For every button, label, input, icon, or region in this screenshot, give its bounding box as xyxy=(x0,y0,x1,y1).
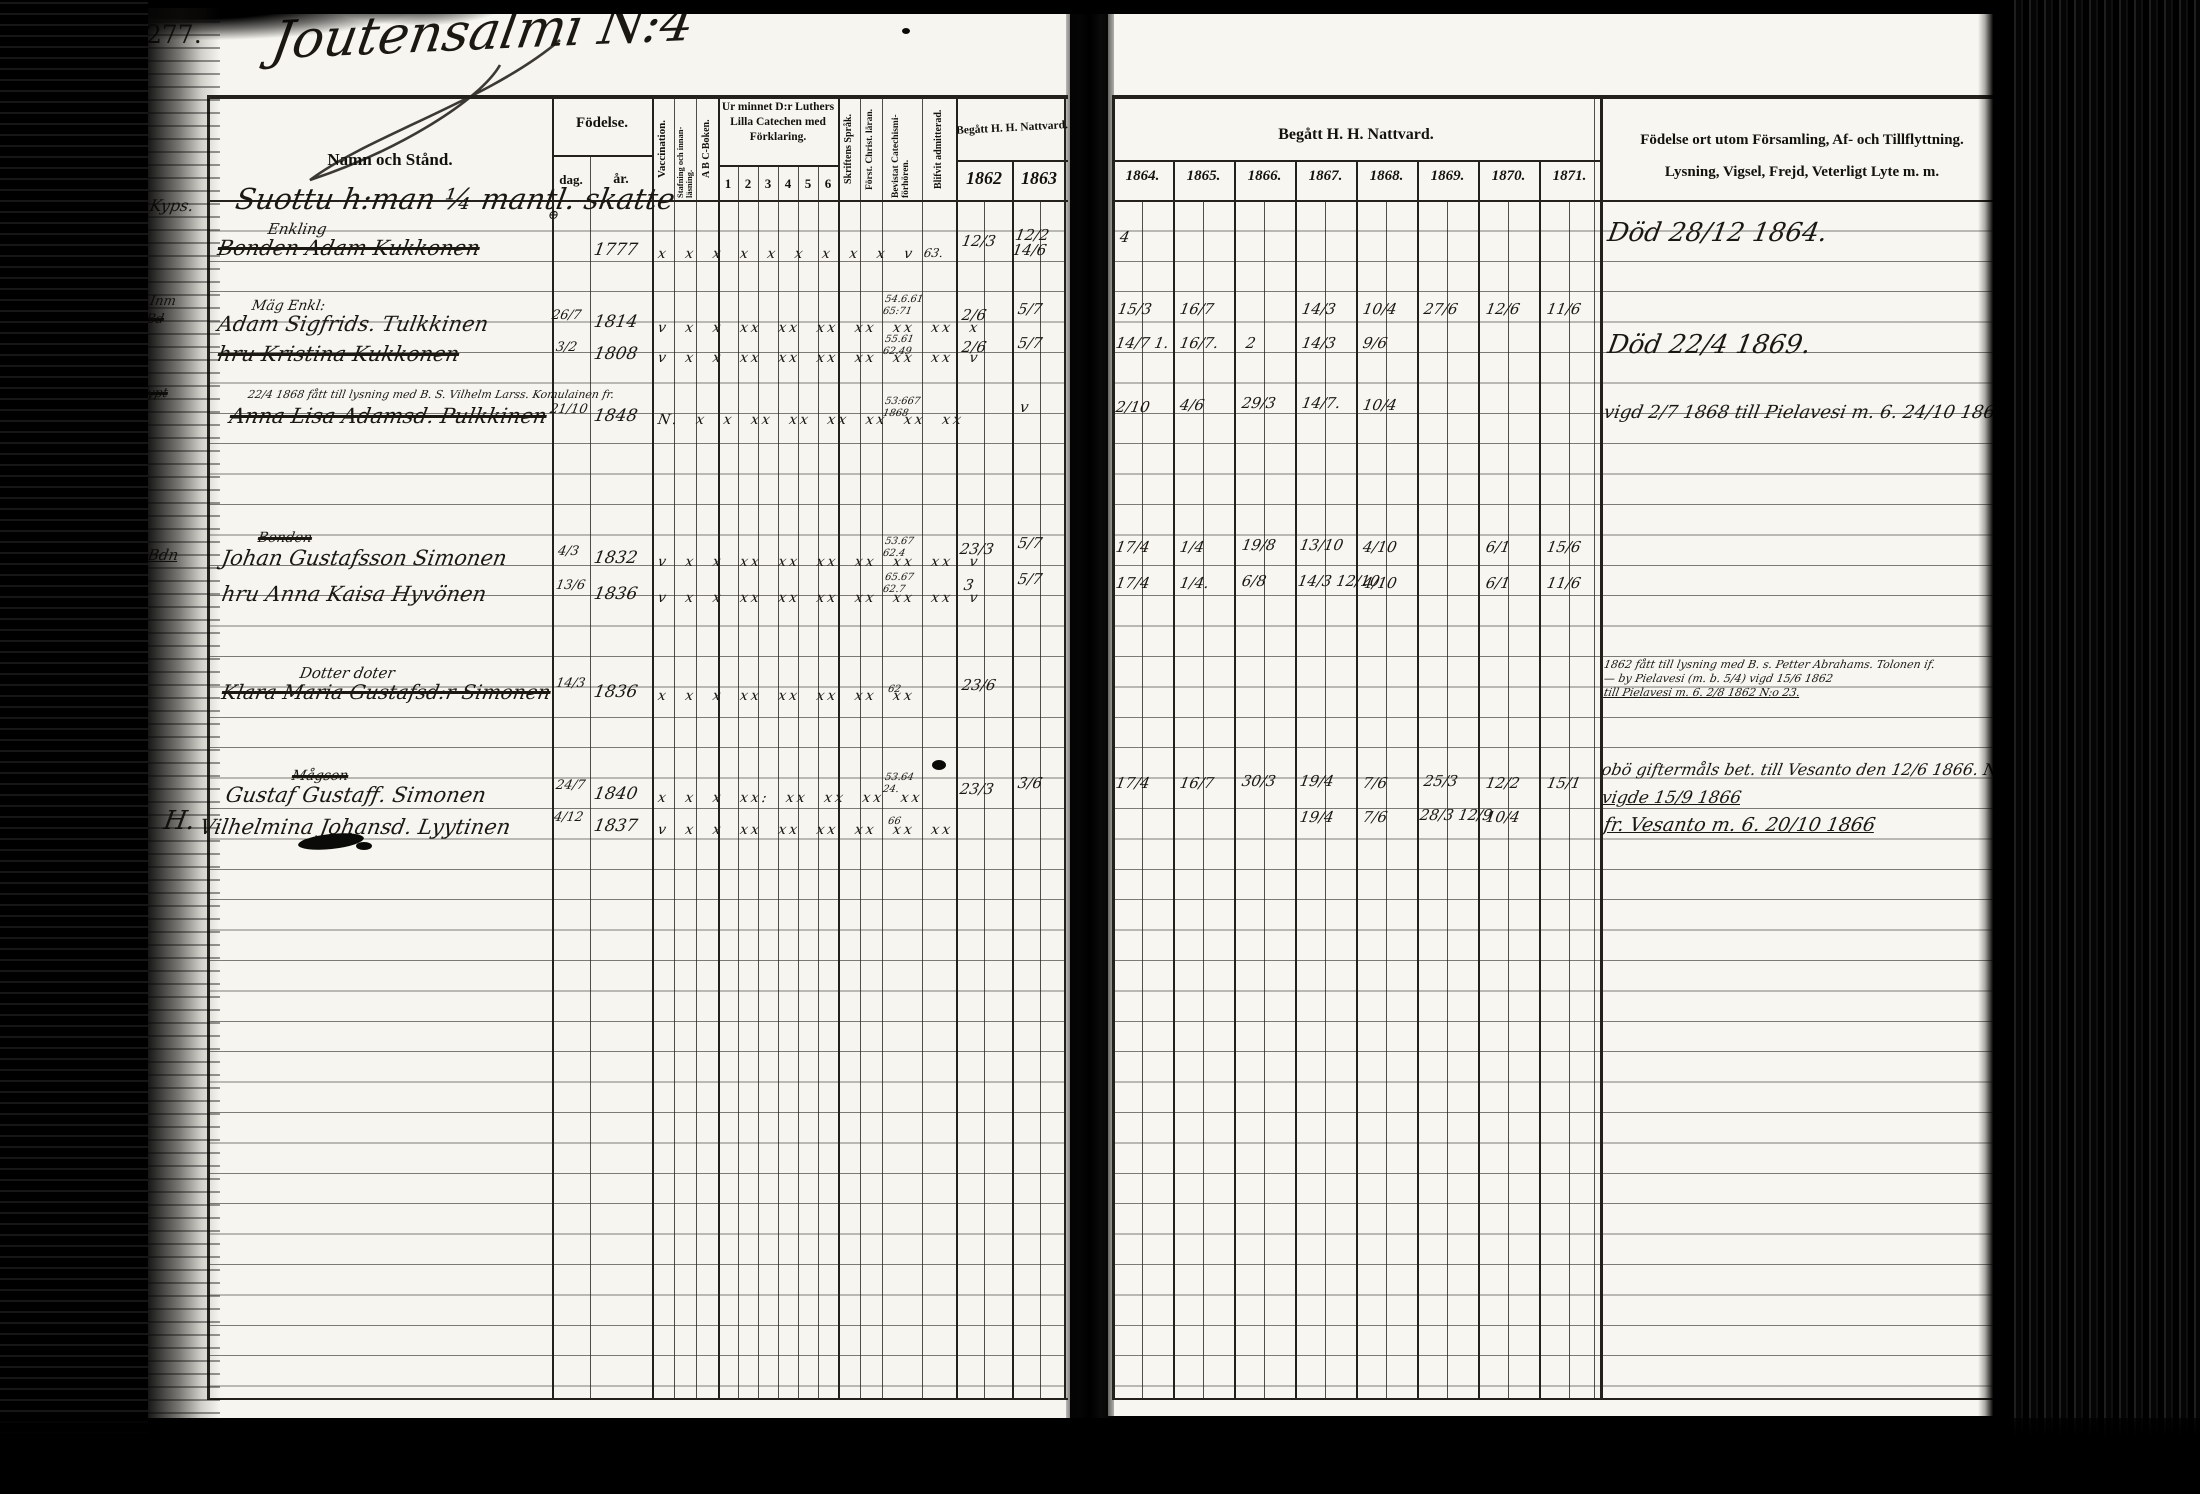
birth-day-value: 13/6 xyxy=(555,578,587,593)
communion-1863: 3/6 xyxy=(1016,774,1043,792)
person-name: Gustaf Gustaff. Simonen xyxy=(224,783,488,807)
communion-1864: 17/4 xyxy=(1114,538,1151,556)
admitted-value: 63. xyxy=(923,246,945,260)
col-line xyxy=(1012,160,1014,1398)
catechism-col-1: 1 xyxy=(718,176,738,192)
communion-year-1862: 1862 xyxy=(956,168,1012,189)
lysning-prenote: 22/4 1868 fått till lysning med B. S. Vi… xyxy=(247,388,615,401)
right-table-bottom-border xyxy=(1112,1398,2004,1400)
instruction-marks: x x x x x x x x x v xyxy=(657,246,917,262)
scan-border-bottom xyxy=(0,1418,2200,1494)
birth-day-value: 21/10 xyxy=(549,402,589,417)
person-name: Anna Lisa Adamsd. Pulkkinen xyxy=(228,404,549,428)
communion-1867: 14/7. xyxy=(1300,394,1342,412)
catechism-exam-value: 55.61 62.49 xyxy=(882,334,928,357)
notes-inner-border xyxy=(1594,95,1595,1400)
book-binding-shadow xyxy=(1066,8,1114,1418)
script-language-column-header: Skriftens Språk. xyxy=(838,100,860,198)
year-1870: 1870. xyxy=(1478,168,1539,185)
communion-1871: 11/6 xyxy=(1545,300,1582,318)
year-line xyxy=(1295,160,1297,1398)
communion-1867: 19/4 xyxy=(1298,772,1335,790)
communion-1862: 2/6 xyxy=(960,338,987,356)
communion-1869: 27/6 xyxy=(1422,300,1459,318)
col-line xyxy=(590,155,591,1398)
communion-1868: 7/6 xyxy=(1361,774,1388,792)
person-role: Bonden xyxy=(257,530,314,546)
right-table-left-border xyxy=(1112,95,1115,1400)
year-line xyxy=(1234,160,1236,1398)
scan-border-left xyxy=(0,0,148,1494)
communion-1868: 4/10 xyxy=(1361,538,1398,556)
instruction-marks: v x x xx xx xx xx xx xx v xyxy=(657,554,982,570)
communion-1869: 25/3 xyxy=(1422,772,1459,790)
instruction-marks: v x x xx xx xx xx xx xx v xyxy=(657,350,982,366)
catechism-exam-value: 66 xyxy=(887,816,931,828)
subcol-line xyxy=(1142,200,1143,1398)
year-line xyxy=(1478,160,1480,1398)
christian-doctrine-column-header: Först. Christ. läran. xyxy=(860,100,882,198)
col-line xyxy=(838,97,840,1398)
communion-1863: 5/7 xyxy=(1016,334,1043,352)
note-lysning-line2: — by Pielavesi (m. b. 5/4) vigd 15/6 186… xyxy=(1603,672,1834,685)
person-name: Adam Sigfrids. Tulkkinen xyxy=(216,312,490,336)
communion-1868: 4/10 xyxy=(1361,574,1398,592)
year-1866: 1866. xyxy=(1234,168,1295,185)
catechism-col-3: 3 xyxy=(758,176,778,192)
catechism-header-line1: Ur minnet D:r Luthers xyxy=(718,101,838,113)
subcol-line xyxy=(1447,200,1448,1398)
communion-1867: 13/10 xyxy=(1298,536,1344,554)
catechism-header-line2: Lilla Catechen med xyxy=(718,116,838,128)
birth-year-value: 1814 xyxy=(592,312,639,332)
left-table-top-border xyxy=(207,95,1068,99)
col-line xyxy=(718,97,720,1398)
communion-1865: 1/4. xyxy=(1178,574,1210,592)
communion-1869: 28/3 12/9 xyxy=(1418,806,1493,824)
communion-1868: 9/6 xyxy=(1361,334,1388,352)
birth-day-value: 4/12 xyxy=(553,810,585,825)
col-line xyxy=(674,97,675,1398)
person-name: Bonden Adam Kukkonen xyxy=(216,236,482,260)
communion-1866: 6/8 xyxy=(1240,572,1267,590)
admitted-column-header: Blifvit admitterad. xyxy=(922,100,956,198)
communion-year-1863: 1863 xyxy=(1012,168,1066,189)
birth-year-value: 1848 xyxy=(592,406,639,426)
communion-1870: 6/1 xyxy=(1484,538,1511,556)
left-table-right-border xyxy=(1064,95,1066,1400)
communion-1867: 14/3 xyxy=(1300,334,1337,352)
communion-1868: 10/4 xyxy=(1361,300,1398,318)
note-moved-from: fr. Vesanto m. 6. 20/10 1866 xyxy=(1602,814,1877,836)
year-1864: 1864. xyxy=(1112,168,1173,185)
communion-right-header: Begått H. H. Nattvard. xyxy=(1112,126,1600,144)
catechism-col-2: 2 xyxy=(738,176,758,192)
col-line xyxy=(860,97,861,1398)
birth-year-value: 1836 xyxy=(592,682,639,702)
scan-border-left-speckle xyxy=(146,8,220,1420)
communion-1871: 15/1 xyxy=(1545,774,1582,792)
year-line xyxy=(1356,160,1358,1398)
col-line xyxy=(696,97,697,1398)
catechism-exam-value: 53.64 24. xyxy=(882,772,928,795)
scan-border-right xyxy=(2008,0,2200,1494)
col-line xyxy=(984,200,985,1398)
catechism-col-5: 5 xyxy=(798,176,818,192)
col-line xyxy=(652,97,654,1398)
catechism-exam-value: 62 xyxy=(887,684,931,696)
communion-1866: 30/3 xyxy=(1240,772,1277,790)
communion-1864: 14/7 1. xyxy=(1114,334,1170,352)
communion-1866: 19/8 xyxy=(1240,536,1277,554)
subcol-line xyxy=(1203,200,1204,1398)
subcol-line xyxy=(1386,200,1387,1398)
name-column-header: Namn och Stånd. xyxy=(240,150,540,170)
notes-left-border xyxy=(1600,95,1603,1400)
communion-1866: 29/3 xyxy=(1240,394,1277,412)
scan-border-right-speckle xyxy=(1978,8,2012,1420)
subcol-line xyxy=(1508,200,1509,1398)
col-line xyxy=(552,97,554,1398)
catechism-col-6: 6 xyxy=(818,176,838,192)
communion-1864: 2/10 xyxy=(1114,398,1151,416)
left-table-bottom-border xyxy=(207,1398,1068,1400)
communion-1870: 12/6 xyxy=(1484,300,1521,318)
communion-1865: 16/7. xyxy=(1178,334,1220,352)
communion-1864: 15/3 xyxy=(1116,300,1153,318)
communion-1871: 11/6 xyxy=(1545,574,1582,592)
year-1868: 1868. xyxy=(1356,168,1417,185)
farm-title-line: Suottu h:man ¼ mantl. skatte xyxy=(233,182,678,216)
communion-1868: 7/6 xyxy=(1361,808,1388,826)
col-line xyxy=(956,97,958,1398)
subcol-line xyxy=(1325,200,1326,1398)
catechism-exam-value: 54.6.61 65:71 xyxy=(882,294,928,317)
year-line xyxy=(1417,160,1419,1398)
year-line xyxy=(1173,160,1175,1398)
birth-year-value: 1840 xyxy=(592,784,639,804)
note-death: Död 28/12 1864. xyxy=(1605,218,1829,248)
communion-1862: 12/3 xyxy=(960,232,997,250)
birth-day-value: 26/7 xyxy=(551,308,583,323)
scanned-register-page: 277. Joutensalmi N:4 xyxy=(0,0,2200,1494)
ink-speck xyxy=(902,28,910,34)
communion-1864: 17/4 xyxy=(1114,574,1151,592)
person-name: Johan Gustafsson Simonen xyxy=(220,546,509,570)
year-line xyxy=(1539,160,1541,1398)
communion-1867: 19/4 xyxy=(1298,808,1335,826)
person-name: hru Anna Kaisa Hyvönen xyxy=(220,582,488,606)
birth-year-value: 1836 xyxy=(592,584,639,604)
birth-day-value: 24/7 xyxy=(555,778,587,793)
instruction-marks: v x x xx xx xx xx xx xx v xyxy=(657,590,982,606)
communion-1862: 23/3 xyxy=(958,540,995,558)
birth-year-value: 1832 xyxy=(592,548,639,568)
communion-1864: 17/4 xyxy=(1114,774,1151,792)
note-death: Död 22/4 1869. xyxy=(1605,330,1813,360)
person-name: hru Kristina Kukkonen xyxy=(216,342,461,366)
ink-blot xyxy=(932,760,946,770)
birth-day-value: 14/3 xyxy=(555,676,587,691)
instruction-marks: v x x xx xx xx xx xx xx x xyxy=(657,320,982,336)
communion-1868: 10/4 xyxy=(1361,396,1398,414)
communion-1865: 1/4 xyxy=(1178,538,1205,556)
catechism-exam-column-header: Bevistat Catechismi-förhören. xyxy=(882,100,922,198)
ink-blot xyxy=(356,842,372,850)
person-name: Klara Maria Gustafsd:r Simonen xyxy=(220,680,553,704)
birth-header: Födelse. xyxy=(552,115,652,132)
birth-day-value: 4/3 xyxy=(557,544,581,559)
subcol-line xyxy=(1569,200,1570,1398)
note-lysning-line3: till Pielavesi m. 6. 2/8 1862 N:o 23. xyxy=(1603,686,1801,699)
communion-1862: 23/3 xyxy=(958,780,995,798)
catechism-exam-value: 53.67 62.4 xyxy=(882,536,928,559)
communion-1863: 12/2 14/6 xyxy=(1011,228,1068,258)
notes-header-bottom-border xyxy=(1600,200,2004,202)
year-1867: 1867. xyxy=(1295,168,1356,185)
communion-1871: 15/6 xyxy=(1545,538,1582,556)
communion-1863: 5/7 xyxy=(1016,534,1043,552)
year-1871: 1871. xyxy=(1539,168,1600,185)
birth-year-value: 1808 xyxy=(592,344,639,364)
person-role: Mågson xyxy=(291,768,350,784)
notes-header-line2: Lysning, Vigsel, Frejd, Veterligt Lyte m… xyxy=(1604,164,2000,181)
right-row-lines xyxy=(1112,200,2004,1400)
birth-header-divider xyxy=(552,155,652,157)
catechism-col-4: 4 xyxy=(778,176,798,192)
note-married: vigde 15/9 1866 xyxy=(1600,788,1743,808)
year-1865: 1865. xyxy=(1173,168,1234,185)
col-line xyxy=(1040,200,1041,1398)
catechism-exam-value: 53:667 1868 xyxy=(882,396,928,419)
right-table-top-border xyxy=(1112,95,2004,99)
col-line xyxy=(922,97,923,1398)
catechism-header-line3: Förklaring. xyxy=(718,131,838,143)
communion-1862: 2/6 xyxy=(960,306,987,324)
communion-1865: 16/7 xyxy=(1178,300,1215,318)
communion-1870: 10/4 xyxy=(1484,808,1521,826)
communion-1863: 5/7 xyxy=(1016,300,1043,318)
communion-1867: 14/3 xyxy=(1300,300,1337,318)
communion-1865: 4/6 xyxy=(1178,396,1205,414)
year-1869: 1869. xyxy=(1417,168,1478,185)
col-line xyxy=(882,97,883,1398)
birth-year-value: 1777 xyxy=(592,240,639,260)
communion-1865: 16/7 xyxy=(1178,774,1215,792)
communion-1863: 5/7 xyxy=(1016,570,1043,588)
note-lysning-line1: 1862 fått till lysning med B. s. Petter … xyxy=(1603,658,1936,671)
catechism-exam-value: 65.67 62.7 xyxy=(882,572,928,595)
communion-1870: 6/1 xyxy=(1484,574,1511,592)
birth-day-value: 3/2 xyxy=(555,340,579,355)
communion-1870: 12/2 xyxy=(1484,774,1521,792)
birth-year-value: 1837 xyxy=(592,816,639,836)
instruction-marks: x x x xx xx xx xx xx xyxy=(657,688,917,704)
subcol-line xyxy=(1264,200,1265,1398)
abc-book-column-header: A B C-Boken. xyxy=(696,100,718,198)
communion-1862: 23/6 xyxy=(960,676,997,694)
notes-header-line1: Födelse ort utom Församling, Af- och Til… xyxy=(1604,132,2000,149)
